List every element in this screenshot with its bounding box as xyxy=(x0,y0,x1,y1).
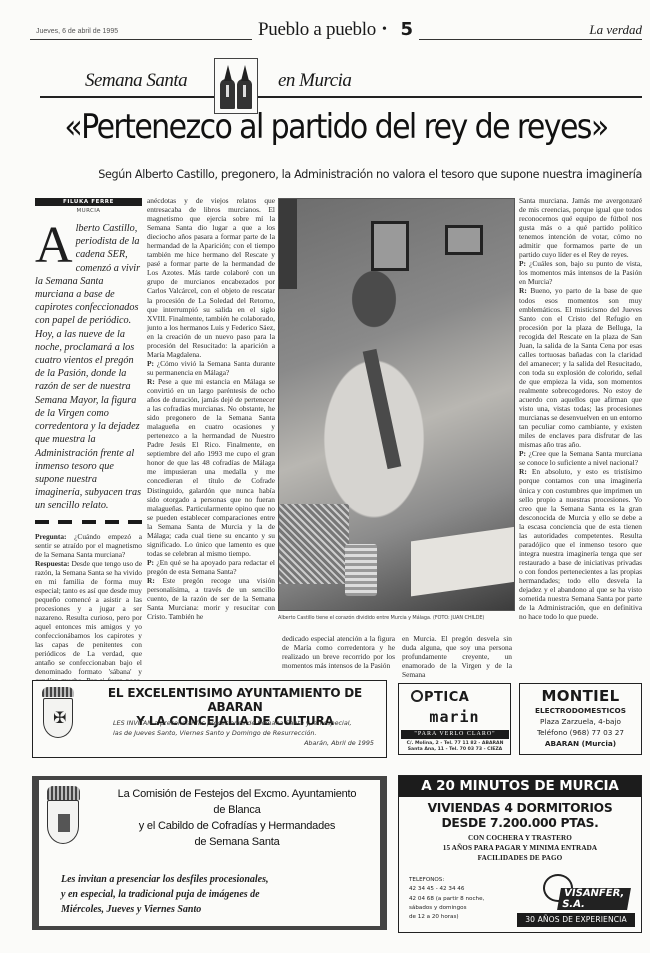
qa-paragraph: R: Bueno, yo parto de la base de que tod… xyxy=(519,286,642,449)
nazareno-icon xyxy=(214,58,258,114)
optica-slogan: "PARA VERLO CLARO" xyxy=(401,730,509,739)
article-subheadline: Según Alberto Castillo, pregonero, la Ad… xyxy=(0,168,642,181)
ad-feature: FACILIDADES DE PAGO xyxy=(399,853,641,863)
qa-label: P: xyxy=(519,259,526,268)
bullet-separator: • xyxy=(382,22,387,37)
qa-text: Pese a que mi estancia en Málaga se conv… xyxy=(147,377,275,558)
cross-icon: ✠ xyxy=(53,708,66,727)
tower-icon xyxy=(58,814,70,832)
ad-banner: A 20 MINUTOS DE MURCIA xyxy=(399,776,641,797)
article-column-5: Santa murciana. Jamás me avergonzaré de … xyxy=(519,196,642,621)
qa-text: Santa murciana. Jamás me avergonzaré de … xyxy=(519,196,642,259)
article-column-2: anécdotas y de viejos relatos que entres… xyxy=(147,196,275,621)
tie xyxy=(363,349,402,469)
wall-frame xyxy=(371,221,409,271)
ad-invitation-line: Les invitan a presenciar los desfiles pr… xyxy=(61,872,381,887)
qa-paragraph: Pregunta: ¿Cuándo empezó a sentir se atr… xyxy=(35,532,142,559)
article-column-1: FILUKA FERRE MURCIA Alberto Castillo, pe… xyxy=(35,198,142,731)
separator-dashes xyxy=(35,520,142,524)
ad-body-line: LES INVITAN a presenciar las procesiones… xyxy=(113,718,352,728)
qa-label: Pregunta: xyxy=(35,532,66,541)
article-column-3: dedicado especial atención a la figura d… xyxy=(282,634,395,670)
banner-rule xyxy=(40,96,642,98)
nazareno-figure xyxy=(220,65,235,109)
optica-addresses: C/. Molina, 2 - Tel. 77 11 82 - ABARAN S… xyxy=(401,741,509,753)
qa-label: Respuesta: xyxy=(35,559,70,568)
ad-ayuntamiento-blanca: La Comisión de Festejos del Excmo. Ayunt… xyxy=(32,776,387,930)
ad-optica-marin: PTICA marin "PARA VERLO CLARO" C/. Molin… xyxy=(398,683,511,755)
portrait-photo xyxy=(278,198,515,611)
qa-paragraph: P: ¿Cuáles son, bajo su punto de vista, … xyxy=(519,259,642,286)
pencil-jar xyxy=(345,544,377,596)
phone-line: 42 04 68 (a partir 8 noche, xyxy=(409,895,484,904)
visanfer-logo: VISANFER, S.A. xyxy=(529,874,629,908)
ad-visanfer: A 20 MINUTOS DE MURCIA VIVIENDAS 4 DORMI… xyxy=(398,775,642,933)
optica-brand: marin xyxy=(399,708,510,726)
qa-paragraph: P: ¿En qué se ha apoyado para redactar e… xyxy=(147,558,275,576)
qa-text: En absoluto, y esto es tristísimo porque… xyxy=(519,467,642,621)
article-headline: «Pertenezco al partido del rey de reyes» xyxy=(30,108,642,147)
qa-text: anécdotas y de viejos relatos que entres… xyxy=(147,196,275,359)
phone-line: 42 34 45 - 42 34 46 xyxy=(409,885,484,894)
photo-caption: Alberto Castillo tiene el corazón dividi… xyxy=(278,615,515,621)
ad-title-line: EL EXCELENTISIMO AYUNTAMIENTO DE ABARAN xyxy=(85,686,385,714)
qa-label: R: xyxy=(519,467,527,476)
issue-date: Jueves, 6 de abril de 1995 xyxy=(36,28,122,35)
qa-text: ¿En qué se ha apoyado para redactar el p… xyxy=(147,558,275,576)
montiel-address: Plaza Zarzuela, 4-bajo xyxy=(520,716,641,727)
qa-text: ¿Cree que la Semana Santa murciana se co… xyxy=(519,449,642,467)
section-banner: Semana Santa en Murcia xyxy=(30,58,642,114)
phone-line: sábados y domingos xyxy=(409,904,484,913)
ad-phones: TELEFONOS: 42 34 45 - 42 34 46 42 04 68 … xyxy=(409,876,484,922)
section-name: Pueblo a pueblo xyxy=(258,19,376,40)
nazareno-figure xyxy=(237,65,252,109)
desk-papers xyxy=(411,527,515,597)
logo-text: VISANFER, S.A. xyxy=(557,888,631,910)
qa-text: ¿Cómo vivió la Semana Santa durante su p… xyxy=(147,359,275,377)
lede-paragraph: Alberto Castillo, periodista de la caden… xyxy=(35,222,142,512)
phones-label: TELEFONOS: xyxy=(409,876,484,885)
article-column-4: en Murcia. El pregón desvela sin duda al… xyxy=(402,634,512,679)
newspaper-name: La verdad xyxy=(583,22,642,38)
ad-heading-line: de Semana Santa xyxy=(87,834,387,850)
crown-icon xyxy=(42,687,74,697)
ad-feature: 15 AÑOS PARA PAGAR Y MINIMA ENTRADA xyxy=(399,843,641,853)
ad-headline-line: DESDE 7.200.000 PTAS. xyxy=(399,816,641,831)
qa-paragraph: P: ¿Cómo vivió la Semana Santa durante s… xyxy=(147,359,275,377)
optica-logo-text: PTICA xyxy=(424,690,469,705)
ad-heading-line: La Comisión de Festejos del Excmo. Ayunt… xyxy=(87,786,387,802)
montiel-name: MONTIEL xyxy=(520,687,641,705)
qa-paragraph: Santa murciana. Jamás me avergonzaré de … xyxy=(519,196,642,259)
ad-headline: VIVIENDAS 4 DORMITORIOS DESDE 7.200.000 … xyxy=(399,801,641,831)
qa-paragraph: R: Pese a que mi estancia en Málaga se c… xyxy=(147,377,275,558)
qa-text: Bueno, yo parto de la base de que todos … xyxy=(519,286,642,449)
qa-paragraph: P: ¿Cree que la Semana Santa murciana se… xyxy=(519,449,642,467)
eye-icon xyxy=(411,690,423,702)
wall-frame xyxy=(279,199,297,289)
experience-badge: 30 AÑOS DE EXPERIENCIA xyxy=(517,913,635,927)
qa-label: R: xyxy=(519,286,527,295)
qa-paragraph: R: Este pregón recoge una visión persona… xyxy=(147,576,275,621)
phone-line: de 12 a 20 horas) xyxy=(409,913,484,922)
ad-invitation-line: Miércoles, Jueves y Viernes Santo xyxy=(61,902,381,917)
page-number: 5 xyxy=(401,19,413,40)
qa-label: R: xyxy=(147,576,155,585)
byline: FILUKA FERRE xyxy=(35,198,142,206)
optica-address: Santa Ana, 11 - Tel. 70 03 73 - CIEZA xyxy=(401,747,509,753)
ad-heading-line: y el Cabildo de Cofradías y Hermandades xyxy=(87,818,387,834)
byline-location: MURCIA xyxy=(35,207,142,216)
wire-basket xyxy=(279,504,349,584)
section-title: Pueblo a pueblo•5 xyxy=(252,18,419,42)
ad-heading: La Comisión de Festejos del Excmo. Ayunt… xyxy=(87,786,387,850)
qa-label: P: xyxy=(519,449,526,458)
banner-left-text: Semana Santa xyxy=(85,70,187,92)
masthead: Jueves, 6 de abril de 1995 Pueblo a pueb… xyxy=(30,18,642,44)
crown-icon xyxy=(47,786,80,800)
ad-invitation: Les invitan a presenciar los desfiles pr… xyxy=(61,872,381,917)
ad-feature: CON COCHERA Y TRASTERO xyxy=(399,833,641,843)
qa-paragraph: anécdotas y de viejos relatos que entres… xyxy=(147,196,275,359)
ad-invitation-line: y en especial, la tradicional puja de im… xyxy=(61,887,381,902)
ad-heading-line: de Blanca xyxy=(87,802,387,818)
ad-body: LES INVITAN a presenciar las procesiones… xyxy=(113,718,352,738)
qa-label: P: xyxy=(147,558,154,567)
banner-right-text: en Murcia xyxy=(278,70,351,92)
montiel-category: ELECTRODOMESTICOS xyxy=(520,705,641,716)
ad-ayuntamiento-abaran: ✠ EL EXCELENTISIMO AYUNTAMIENTO DE ABARA… xyxy=(32,680,387,758)
montiel-city: ABARAN (Murcia) xyxy=(520,738,641,749)
qa-label: P: xyxy=(147,359,154,368)
qa-paragraph: R: En absoluto, y esto es tristísimo por… xyxy=(519,467,642,621)
montiel-phone: Teléfono (968) 77 03 27 xyxy=(520,727,641,738)
optica-logo: PTICA xyxy=(411,690,469,705)
ad-body-line: las de Jueves Santo, Viernes Santo y Dom… xyxy=(113,728,352,738)
qa-label: R: xyxy=(147,377,155,386)
drop-cap: A xyxy=(35,224,73,268)
wall-frame xyxy=(445,225,483,255)
qa-text: ¿Cuáles son, bajo su punto de vista, los… xyxy=(519,259,642,286)
ad-signature: Abarán, Abril de 1995 xyxy=(304,739,374,747)
qa-text: Este pregón recoge una visión personalís… xyxy=(147,576,275,621)
ad-headline-line: VIVIENDAS 4 DORMITORIOS xyxy=(399,801,641,816)
ad-montiel: MONTIEL ELECTRODOMESTICOS Plaza Zarzuela… xyxy=(519,683,642,755)
